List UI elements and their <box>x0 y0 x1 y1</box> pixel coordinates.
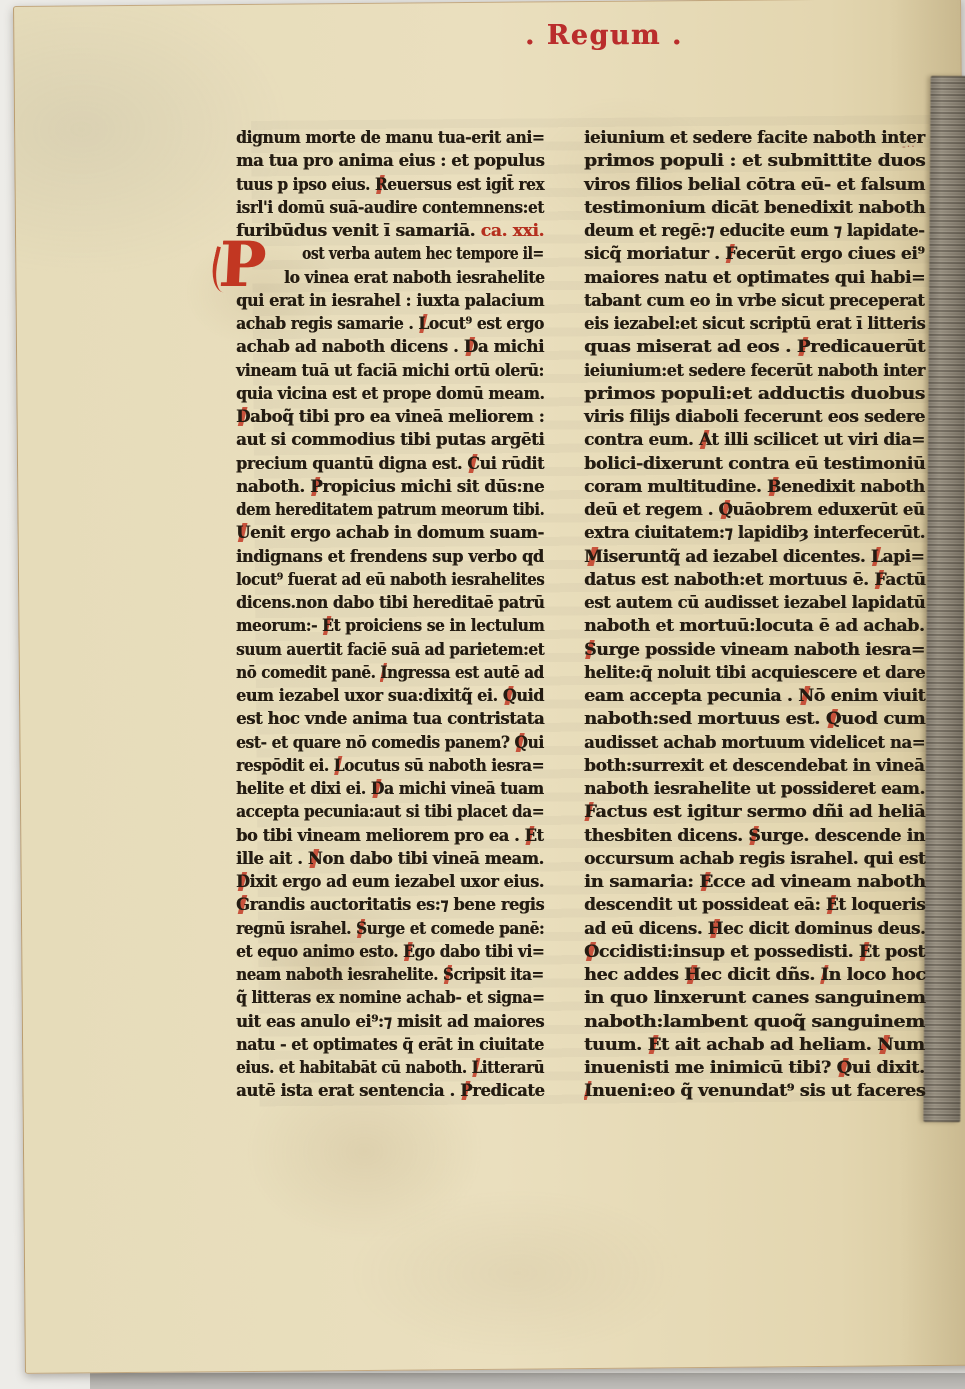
body-text: naboth iesrahelite ut possideret eam. <box>584 779 925 798</box>
text-line: Uenit ergo achab in domum suam- <box>236 521 544 544</box>
text-line: tuum. Et ait achab ad heliam. Num <box>584 1033 925 1056</box>
margin-note-mark: -·· <box>902 140 916 153</box>
rubricated-capital: E <box>826 895 838 914</box>
body-text: ieiunium:et sedere fecerūt naboth inter <box>584 361 925 380</box>
body-text: bolici-dixerunt contra eū testimoniū <box>584 454 925 473</box>
body-text: a michi <box>478 337 544 356</box>
body-text: maiores natu et optimates qui habi= <box>584 268 925 287</box>
body-text: t ait achab ad heliam. <box>661 1035 877 1054</box>
body-text: in quo linxerunt canes sanguinem <box>584 988 925 1007</box>
text-line: uit eas anulo ei⁹:⁊ misit ad maiores <box>236 1010 544 1033</box>
text-column-right: ieiunium et sedere facite naboth interpr… <box>584 126 925 1103</box>
body-text: iseruntq̃ ad iezabel dicentes. <box>602 547 870 566</box>
body-text: indignans et frendens sup verbo qd <box>236 547 544 566</box>
rubricated-capital: B <box>767 477 781 496</box>
body-text: bo tibi vineam meliorem pro ea . <box>236 826 524 845</box>
rubricated-capital: H <box>684 965 700 984</box>
text-line: viris filijs diaboli fecerunt eos sedere <box>584 405 925 428</box>
rubricated-capital: Q <box>837 1058 852 1077</box>
body-text: vineam tuā ut faciā michi ortū olerū: <box>236 361 544 380</box>
rubricated-capital: E <box>403 942 414 961</box>
drop-cap-initial: P <box>217 236 286 294</box>
body-text: descendit ut possideat eā: <box>584 895 826 914</box>
body-text: ma tua pro anima eius : et populus <box>236 151 544 170</box>
text-line: tabant cum eo in vrbe sicut preceperat <box>584 289 925 312</box>
text-line: indignans et frendens sup verbo qd <box>236 545 544 568</box>
body-text: coram multitudine. <box>584 477 767 496</box>
text-line: helite:q̄ noluit tibi acquiescere et dar… <box>584 661 925 684</box>
body-text: est- et quare nō comedis panem? <box>236 733 514 752</box>
text-line: accepta pecunia:aut si tibi placet da= <box>236 800 544 823</box>
body-text: naboth:lambent quoq̃ sanguinem <box>584 1012 925 1031</box>
rubricated-capital: C <box>467 454 479 473</box>
body-text: datus est naboth:et mortuus ē. <box>584 570 874 589</box>
text-line: et equo animo esto. Ego dabo tibi vi= <box>236 940 544 963</box>
body-text: achab regis samarie . <box>236 314 418 333</box>
body-text: furibūdus venit ī samariā. <box>236 221 481 240</box>
rubricated-capital: F <box>584 802 595 821</box>
text-line: thesbiten dicens. Surge. descende in <box>584 824 925 847</box>
text-line: respōdit ei. Locutus sū naboth iesra= <box>236 754 544 777</box>
text-line: est- et quare nō comedis panem? Qui <box>236 731 544 754</box>
body-text: deū et regem . <box>584 500 718 519</box>
body-text: uod cum <box>841 709 925 728</box>
rubricated-capital: R <box>375 175 387 194</box>
body-text: t loqueris <box>838 895 925 914</box>
text-line: dignum morte de manu tua-erit ani= <box>236 126 544 149</box>
body-text: qui erat in iesrahel : iuxta palacium <box>236 291 544 310</box>
text-line: naboth et mortuū:locuta ē ad achab. <box>584 614 925 637</box>
rubricated-capital: S <box>748 826 760 845</box>
body-text: autē ista erat sentencia . <box>236 1081 460 1100</box>
rubricated-capital: O <box>584 942 599 961</box>
text-line: nō comedit panē. Ingressa est autē ad <box>236 661 544 684</box>
rubricated-capital: N <box>798 686 814 705</box>
body-text: naboth:sed mortuus est. <box>584 709 826 728</box>
body-text: nueni:eo q̃ venundat⁹ sis ut faceres <box>592 1081 925 1100</box>
body-text: n loco hoc <box>828 965 925 984</box>
text-line: isrl'i domū suā-audire contemnens:et <box>236 196 544 219</box>
text-line: primos populi:et adductis duobus <box>584 382 925 405</box>
text-line: furibūdus venit ī samariā. ca. xxi. <box>236 219 544 242</box>
body-text: redicate <box>472 1081 544 1100</box>
text-line: quia vicina est et prope domū meam. <box>236 382 544 405</box>
body-text: regnū israhel. <box>236 919 356 938</box>
body-text: t illi scilicet ut viri dia= <box>711 430 925 449</box>
body-text: ad eū dicens. <box>584 919 708 938</box>
body-text: t proiciens se in lectulum <box>333 616 544 635</box>
body-text: locut⁹ fuerat ad eū naboth iesrahelites <box>236 570 544 589</box>
text-line: achab regis samarie . Locut⁹ est ergo <box>236 312 544 335</box>
text-line: regnū israhel. Surge et comede panē: <box>236 917 544 940</box>
text-line: Grandis auctoritatis es:⁊ bene regis <box>236 893 544 916</box>
text-line: q̃ litteras ex nomine achab- et signa= <box>236 986 544 1009</box>
body-text: uāobrem eduxerūt eū <box>732 500 924 519</box>
body-text: ieiunium et sedere facite naboth inter <box>584 128 925 147</box>
body-text: urge posside vineam naboth iesra= <box>596 640 925 659</box>
body-text: helite et dixi ei. <box>236 779 371 798</box>
body-text: go dabo tibi vi= <box>414 942 544 961</box>
body-text: est hoc vnde anima tua contristata <box>236 709 544 728</box>
rubricated-capital: P <box>460 1081 472 1100</box>
body-text: aboq̃ tibi pro ea vineā meliorem : <box>250 407 544 426</box>
rubricated-capital: A <box>699 430 711 449</box>
text-line: ieiunium:et sedere fecerūt naboth inter <box>584 359 925 382</box>
rubricated-capital: Q <box>503 686 517 705</box>
body-text: lo vinea erat naboth iesrahelite <box>284 268 545 287</box>
text-line: neam naboth iesrahelite. Scripsit ita= <box>236 963 544 986</box>
rubricated-capital: N <box>308 849 323 868</box>
rubricated-capital: L <box>334 756 344 775</box>
body-text: extra ciuitatem:⁊ lapidibȝ interfecerūt. <box>584 523 925 542</box>
body-text: quas miserat ad eos . <box>584 337 797 356</box>
body-text: naboth et mortuū:locuta ē ad achab. <box>584 616 924 635</box>
body-text: tuum. <box>584 1035 648 1054</box>
rubricated-capital: F <box>874 570 885 589</box>
body-text: on dabo tibi vineā meam. <box>322 849 544 868</box>
body-text: occursum achab regis israhel. qui est <box>584 849 925 868</box>
text-line: Miseruntq̃ ad iezabel dicentes. Lapi= <box>584 545 925 568</box>
body-text: ropicius michi sit dūs:ne <box>322 477 544 496</box>
text-line: est autem cū audisset iezabel lapidatū <box>584 591 925 614</box>
body-text: urge. descende in <box>760 826 925 845</box>
text-line: Surge posside vineam naboth iesra= <box>584 638 925 661</box>
body-text: actus est igitur sermo dñi ad heliā <box>595 802 925 821</box>
body-text: tuus p ipso eius. <box>236 175 375 194</box>
text-line: locut⁹ fuerat ad eū naboth iesrahelites <box>236 568 544 591</box>
body-text: api= <box>882 547 924 566</box>
body-text: achab ad naboth dicens . <box>236 337 464 356</box>
text-line: bolici-dixerunt contra eū testimoniū <box>584 452 925 475</box>
text-line: achab ad naboth dicens . Da michi <box>236 335 544 358</box>
text-line: naboth iesrahelite ut possideret eam. <box>584 777 925 800</box>
body-text: ocutus sū naboth iesra= <box>344 756 544 775</box>
rubricated-capital: Q <box>826 709 841 728</box>
rubricated-capital: U <box>236 523 250 542</box>
rubricated-capital: D <box>236 872 249 891</box>
body-text: redicauerūt <box>810 337 925 356</box>
text-line: Inueni:eo q̃ venundat⁹ sis ut faceres <box>584 1079 925 1102</box>
rubricated-capital: E <box>322 616 333 635</box>
body-text: cripsit ita= <box>453 965 543 984</box>
text-line: inuenisti me inimicū tibi? Qui dixit. <box>584 1056 925 1079</box>
body-text: ui dixit. <box>852 1058 925 1077</box>
text-line: ma tua pro anima eius : et populus <box>236 149 544 172</box>
body-text: helite:q̄ noluit tibi acquiescere et dar… <box>584 663 925 682</box>
body-text: isrl'i domū suā-audire contemnens:et <box>236 198 544 217</box>
body-text: suum auertit faciē suā ad parietem:et <box>236 640 544 659</box>
rubricated-capital: L <box>472 1058 482 1077</box>
body-text: enit ergo achab in domum suam- <box>250 523 544 542</box>
text-line: helite et dixi ei. Da michi vineā tuam <box>236 777 544 800</box>
body-text: respōdit ei. <box>236 756 334 775</box>
rubricated-capital: D <box>236 407 250 426</box>
text-line: naboth:lambent quoq̃ sanguinem <box>584 1010 925 1033</box>
rubricated-capital: E <box>524 826 536 845</box>
text-line: coram multitudine. Benedixit naboth <box>584 475 925 498</box>
body-text: eam accepta pecunia . <box>584 686 798 705</box>
rubricated-capital: F <box>725 244 736 263</box>
text-line: in quo linxerunt canes sanguinem <box>584 986 925 1009</box>
text-line: eius. et habitabāt cū naboth. Litterarū <box>236 1056 544 1079</box>
body-text: inuenisti me inimicū tibi? <box>584 1058 837 1077</box>
body-text: q̃ litteras ex nomine achab- et signa= <box>236 988 544 1007</box>
text-line: autē ista erat sentencia . Predicate <box>236 1079 544 1102</box>
text-line: dicens.non dabo tibi hereditaē patrū <box>236 591 544 614</box>
text-line: naboth. Propicius michi sit dūs:ne <box>236 475 544 498</box>
body-text: audisset achab mortuum videlicet na= <box>584 733 925 752</box>
body-text: uit eas anulo ei⁹:⁊ misit ad maiores <box>236 1012 544 1031</box>
text-line: datus est naboth:et mortuus ē. Factū <box>584 568 925 591</box>
body-text: t <box>536 826 543 845</box>
body-text: in samaria: <box>584 872 699 891</box>
body-text: ec dicit dñs. <box>700 965 820 984</box>
body-text: neam naboth iesrahelite. <box>236 965 443 984</box>
body-text: randis auctoritatis es:⁊ bene regis <box>249 895 544 914</box>
body-text: euersus est igit̄ rex <box>387 175 544 194</box>
body-text: ngressa est autē ad <box>387 663 544 682</box>
body-text: viris filijs diaboli fecerunt eos sedere <box>584 407 925 426</box>
text-line: Dixit ergo ad eum iezabel uxor eius. <box>236 870 544 893</box>
body-text: natu - et optimates q̄ erāt in ciuitate <box>236 1035 544 1054</box>
body-text: quia vicina est et prope domū meam. <box>236 384 544 403</box>
rubricated-capital: I <box>821 965 829 984</box>
text-line: ieiunium et sedere facite naboth inter <box>584 126 925 149</box>
text-line: in samaria: Ecce ad vineam naboth <box>584 870 925 893</box>
text-line: precium quantū digna est. Cui rūdit <box>236 452 544 475</box>
body-text: primos populi:et adductis duobus <box>584 384 925 403</box>
body-text: viros filios belial cōtra eū- et falsum <box>584 175 925 194</box>
body-text: et equo animo esto. <box>236 942 403 961</box>
text-line: naboth:sed mortuus est. Quod cum <box>584 707 925 730</box>
body-text: eius. et habitabāt cū naboth. <box>236 1058 472 1077</box>
manuscript-photo: . Regum . P dignum morte de manu tua-eri… <box>0 0 965 1389</box>
rubricated-capital: Q <box>718 500 732 519</box>
rubricated-capital: I <box>380 663 387 682</box>
body-text: ccidisti:insup et possedisti. <box>599 942 859 961</box>
rubricated-capital: H <box>708 919 723 938</box>
body-text: aut si commodius tibi putas argēti <box>236 430 544 449</box>
body-text: um <box>893 1035 924 1054</box>
rubricated-capital: S <box>443 965 454 984</box>
body-text: dicens.non dabo tibi hereditaē patrū <box>236 593 544 612</box>
body-text: tabant cum eo in vrbe sicut preceperat <box>584 291 924 310</box>
correction-mark: ″ <box>303 1063 307 1076</box>
rubricated-capital: N <box>877 1035 893 1054</box>
text-line: Factus est igitur sermo dñi ad heliā <box>584 800 925 823</box>
book-fore-edge <box>923 76 965 1122</box>
text-line: dem hereditatem patrum meorum tibi. <box>236 498 544 521</box>
text-line: occursum achab regis israhel. qui est <box>584 847 925 870</box>
correction-mark: ″ <box>252 1063 256 1076</box>
rubricated-capital: E <box>699 872 712 891</box>
text-line: eum iezabel uxor sua:dixitq̃ ei. Quid <box>236 684 544 707</box>
text-line: aut si commodius tibi putas argēti <box>236 428 544 451</box>
rubricated-capital: E <box>648 1035 661 1054</box>
rubricated-capital: P <box>797 337 810 356</box>
body-text: precium quantū digna est. <box>236 454 467 473</box>
body-text: dignum morte de manu tua-erit ani= <box>236 128 544 147</box>
body-text: dem hereditatem patrum meorum tibi. <box>236 500 544 519</box>
body-text: itterarū <box>482 1058 544 1077</box>
rubricated-capital: D <box>464 337 478 356</box>
body-text: ui rūdit <box>479 454 543 473</box>
text-line: deū et regem . Quāobrem eduxerūt eū <box>584 498 925 521</box>
table-surface <box>90 1373 965 1389</box>
rubric-text: ca. xxi. <box>481 221 544 240</box>
text-line: maiores natu et optimates qui habi= <box>584 266 925 289</box>
rubricated-capital: G <box>236 895 249 914</box>
body-text: sicq̃ moriatur . <box>584 244 725 263</box>
running-header: . Regum . <box>525 20 683 51</box>
body-text: deum et regē:⁊ educite eum ⁊ lapidate- <box>584 221 924 240</box>
text-line: contra eum. At illi scilicet ut viri dia… <box>584 428 925 451</box>
body-text: nō comedit panē. <box>236 663 380 682</box>
text-line: viros filios belial cōtra eū- et falsum <box>584 173 925 196</box>
body-text: ō enim viuit <box>814 686 926 705</box>
rubricated-capital: S <box>584 640 596 659</box>
text-line: eam accepta pecunia . Nō enim viuit <box>584 684 925 707</box>
text-line: hec addes Hec dicit dñs. In loco hoc <box>584 963 925 986</box>
text-line: ille ait . Non dabo tibi vineā meam. <box>236 847 544 870</box>
text-line: descendit ut possideat eā: Et loqueris <box>584 893 925 916</box>
text-line: ad eū dicens. Hec dicit dominus deus. <box>584 917 925 940</box>
body-text: cce ad vineam naboth <box>713 872 926 891</box>
text-line: eis iezabel:et sicut scriptū erat ī litt… <box>584 312 925 335</box>
text-line: primos populi : et submittite duos <box>584 149 925 172</box>
text-line: qui erat in iesrahel : iuxta palacium <box>236 289 544 312</box>
body-text: primos populi : et submittite duos <box>584 151 925 170</box>
text-line: sicq̃ moriatur . Fecerūt ergo ciues ei⁹ <box>584 242 925 265</box>
rubricated-capital: E <box>859 942 872 961</box>
body-text: eis iezabel:et sicut scriptū erat ī litt… <box>584 314 925 333</box>
body-text: ocut⁹ est ergo <box>429 314 544 333</box>
body-text: a michi vineā tuam <box>384 779 544 798</box>
body-text: uid <box>516 686 544 705</box>
text-line: deum et regē:⁊ educite eum ⁊ lapidate- <box>584 219 925 242</box>
body-text: ost verba autem hec tempore il= <box>302 244 544 263</box>
rubricated-capital: L <box>418 314 428 333</box>
text-line: tuus p ipso eius. Reuersus est igit̄ rex <box>236 173 544 196</box>
body-text: contra eum. <box>584 430 699 449</box>
text-line: audisset achab mortuum videlicet na= <box>584 731 925 754</box>
text-line: Daboq̃ tibi pro ea vineā meliorem : <box>236 405 544 428</box>
body-text: ille ait . <box>236 849 308 868</box>
rubricated-capital: M <box>584 547 602 566</box>
body-text: eum iezabel uxor sua:dixitq̃ ei. <box>236 686 503 705</box>
text-line: est hoc vnde anima tua contristata <box>236 707 544 730</box>
rubricated-capital: L <box>871 547 883 566</box>
body-text: ec dicit dominus deus. <box>723 919 925 938</box>
body-text: t post <box>872 942 925 961</box>
body-text: accepta pecunia:aut si tibi placet da= <box>236 802 544 821</box>
body-text: ui <box>527 733 543 752</box>
body-text: enedixit naboth <box>781 477 925 496</box>
body-text: ecerūt ergo ciues ei⁹ <box>736 244 925 263</box>
body-text: both:surrexit et descendebat in vineā <box>584 756 924 775</box>
text-line: vineam tuā ut faciā michi ortū olerū: <box>236 359 544 382</box>
body-text: testimonium dicāt benedixit naboth <box>584 198 925 217</box>
text-line: both:surrexit et descendebat in vineā <box>584 754 925 777</box>
body-text: naboth. <box>236 477 310 496</box>
rubricated-capital: S <box>356 919 367 938</box>
body-text: thesbiten dicens. <box>584 826 748 845</box>
text-line: extra ciuitatem:⁊ lapidibȝ interfecerūt. <box>584 521 925 544</box>
text-line: suum auertit faciē suā ad parietem:et <box>236 638 544 661</box>
body-text: ixit ergo ad eum iezabel uxor eius. <box>249 872 543 891</box>
body-text: meorum:- <box>236 616 322 635</box>
text-line: Occidisti:insup et possedisti. Et post <box>584 940 925 963</box>
text-line: quas miserat ad eos . Predicauerūt <box>584 335 925 358</box>
rubricated-capital: D <box>371 779 384 798</box>
text-column-left: P dignum morte de manu tua-erit ani=ma t… <box>236 126 544 1103</box>
body-text: actū <box>885 570 925 589</box>
body-text: urge et comede panē: <box>367 919 545 938</box>
text-line: bo tibi vineam meliorem pro ea . Et <box>236 824 544 847</box>
text-line: natu - et optimates q̄ erāt in ciuitate <box>236 1033 544 1056</box>
body-text: est autem cū audisset iezabel lapidatū <box>584 593 925 612</box>
rubricated-capital: Q <box>514 733 527 752</box>
body-text: hec addes <box>584 965 684 984</box>
text-line: meorum:- Et proiciens se in lectulum <box>236 614 544 637</box>
rubricated-capital: P <box>310 477 322 496</box>
text-line: testimonium dicāt benedixit naboth <box>584 196 925 219</box>
